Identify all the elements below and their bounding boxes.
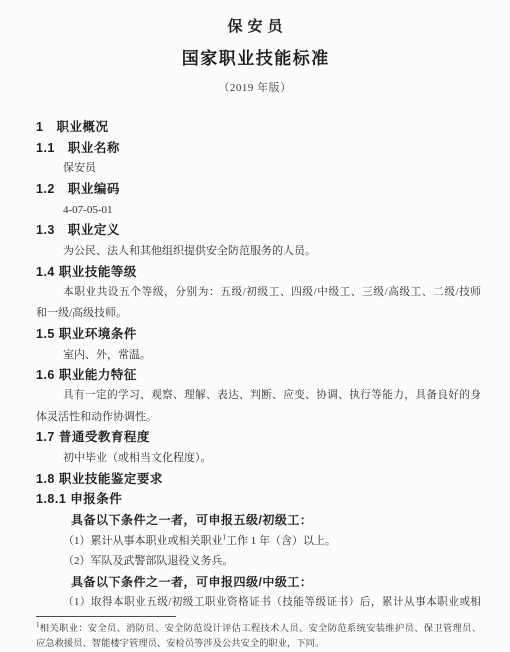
heading-1-5: 1.5 职业环境条件 [36,324,481,345]
heading-1-3: 1.3 职业定义 [36,220,481,241]
footnote-text: 相关职业：安全员、消防员、安全防范设计评估工程技术人员、安全防范系统安装维护员、… [40,624,482,634]
footnote: 1相关职业：安全员、消防员、安全防范设计评估工程技术人员、安全防范系统安装维护员… [36,611,481,651]
body-line: 具有一定的学习、观察、理解、表达、判断、应变、协调、执行等能力，具备良好的身 [36,386,481,407]
footnote-line: 1相关职业：安全员、消防员、安全防范设计评估工程技术人员、安全防范系统安装维护员… [36,622,481,637]
body-line: 初中毕业（或相当文化程度）。 [36,448,481,469]
doc-subtitle: 国家职业技能标准 [0,48,510,70]
body-line: 室内、外，常温。 [36,345,481,366]
heading-1-7: 1.7 普通受教育程度 [36,427,481,448]
title-block: 保安员 国家职业技能标准 （2019 年版） [0,17,510,96]
document-body: 1 职业概况 1.1 职业名称 保安员 1.2 职业编码 4-07-05-01 … [36,117,481,614]
condition-line: 具备以下条件之一者，可申报五级/初级工： [36,510,481,531]
body-line-continuation: 体灵活性和动作协调性。 [36,407,481,428]
footnote-line: 应急救援员、智能楼宇管理员、安检员等涉及公共安全的职业，下同。 [36,637,481,652]
list-item: （1）累计从事本职业或相关职业1工作 1 年（含）以上。 [36,531,481,552]
body-line-continuation: 和一级/高级技师。 [36,303,481,324]
list-item: （2）军队及武警部队退役义务兵。 [36,551,481,572]
list-item-text: 工作 1 年（含）以上。 [226,535,336,547]
heading-1-1: 1.1 职业名称 [36,138,481,159]
heading-1-2: 1.2 职业编码 [36,179,481,200]
body-line: 本职业共设五个等级，分别为：五级/初级工、四级/中级工、三级/高级工、二级/技师 [36,283,481,304]
heading-1-6: 1.6 职业能力特征 [36,365,481,386]
doc-title: 保安员 [0,17,510,36]
heading-1-8: 1.8 职业技能鉴定要求 [36,469,481,490]
heading-1-4: 1.4 职业技能等级 [36,262,481,283]
body-line: 保安员 [36,158,481,179]
condition-line: 具备以下条件之一者，可申报四级/中级工： [36,572,481,593]
body-line: 为公民、法人和其他组织提供安全防范服务的人员。 [36,241,481,262]
footnote-divider [36,616,176,617]
body-line: 4-07-05-01 [36,200,481,221]
list-item-text: （1）累计从事本职业或相关职业 [63,535,223,547]
heading-1-8-1: 1.8.1 申报条件 [36,489,481,510]
document-page: 保安员 国家职业技能标准 （2019 年版） 1 职业概况 1.1 职业名称 保… [0,0,510,652]
heading-1: 1 职业概况 [36,117,481,138]
doc-edition: （2019 年版） [0,81,510,96]
